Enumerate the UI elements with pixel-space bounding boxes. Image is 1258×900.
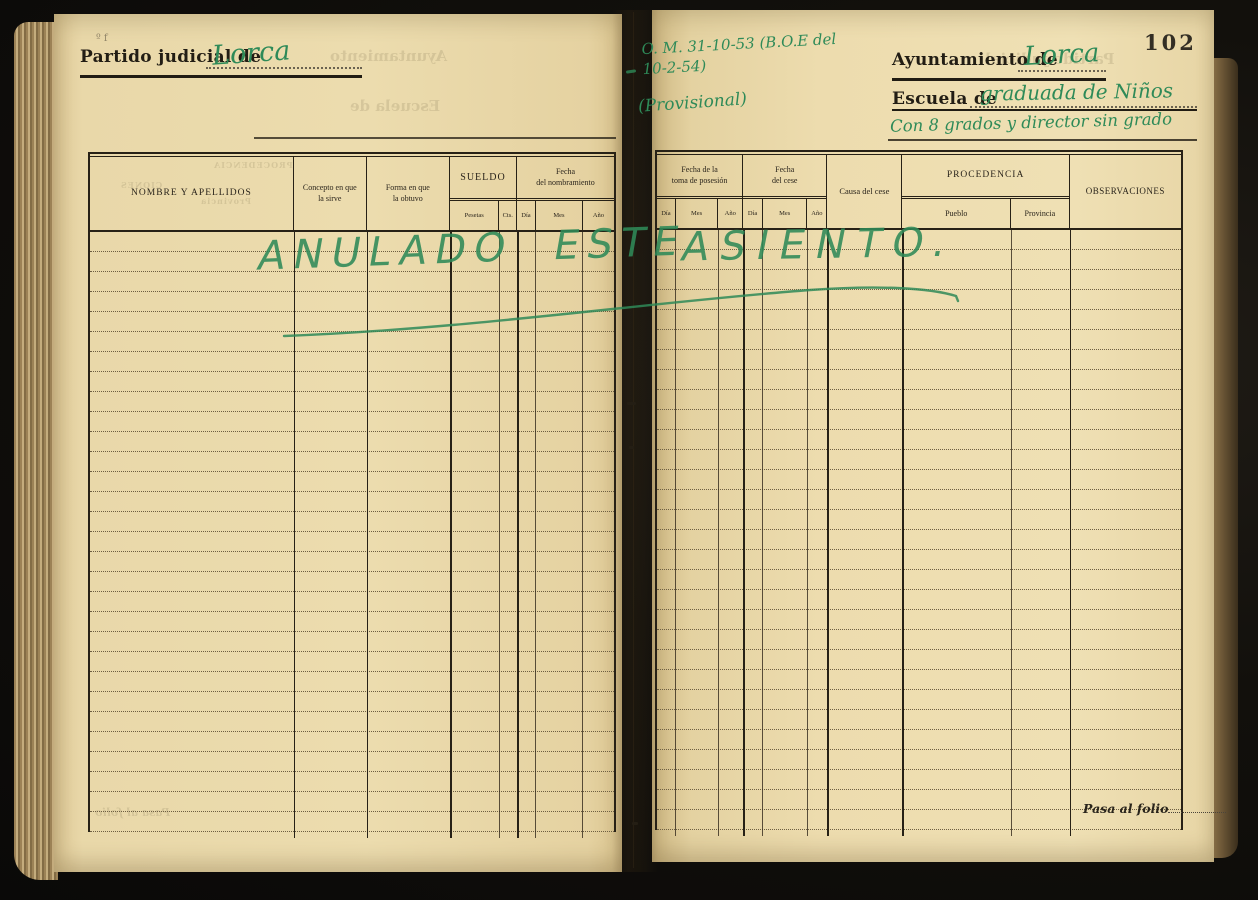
table-row [657, 270, 1181, 290]
table-row [657, 690, 1181, 710]
column-header-concepto: Concepto en que la sirve [294, 157, 367, 230]
table-row [657, 490, 1181, 510]
column-divider [535, 232, 536, 838]
table-row [657, 450, 1181, 470]
table-row [657, 630, 1181, 650]
column-header-forma: Forma en que la obtuvo [367, 157, 450, 230]
table-row [657, 290, 1181, 310]
table-row [657, 390, 1181, 410]
table-row [657, 550, 1181, 570]
table-row [657, 710, 1181, 730]
column-header-nombre: NOMBRE Y APELLIDOS [90, 157, 294, 230]
left-table-header: NOMBRE Y APELLIDOS Concepto en que la si… [90, 156, 614, 232]
partido-underline [80, 75, 362, 78]
column-divider [902, 230, 904, 836]
table-row [657, 770, 1181, 790]
column-divider [807, 230, 808, 836]
column-divider [450, 232, 452, 838]
table-row [657, 470, 1181, 490]
bleedthrough-text: Escuela de [350, 97, 440, 115]
table-row [657, 570, 1181, 590]
table-row [657, 530, 1181, 550]
table-row [657, 750, 1181, 770]
binding-stitch [632, 822, 638, 825]
left-secondary-rule [254, 137, 616, 139]
column-divider [1070, 230, 1072, 836]
column-divider [827, 230, 829, 836]
table-row [657, 650, 1181, 670]
escuela-note-rule [888, 139, 1197, 141]
column-header-causa-cese: Causa del cese [827, 155, 902, 228]
ayuntamiento-value: Lorca [1023, 38, 1100, 72]
table-row [657, 310, 1181, 330]
table-row [657, 590, 1181, 610]
bleedthrough-text: Ayuntamiento [330, 47, 447, 65]
right-table-header: Fecha de la toma de posesión Día Mes Año… [657, 154, 1181, 230]
column-header-fecha-nombramiento: Fecha del nombramiento Día Mes Año [517, 157, 614, 230]
table-row [657, 410, 1181, 430]
cancellation-note-right: ASIENTO. [678, 220, 962, 271]
page-number: 102 [1144, 30, 1197, 55]
column-divider [1011, 230, 1012, 836]
table-row [657, 350, 1181, 370]
column-divider [762, 230, 763, 836]
partido-judicial-value: Lorca [211, 35, 291, 71]
column-divider [718, 230, 719, 836]
binding-stitch [629, 446, 634, 449]
column-divider [517, 232, 519, 838]
page-edge-stack-left [14, 22, 58, 880]
column-header-provincia: Provincia [1010, 199, 1069, 228]
scanned-ledger-spread: Ayuntamiento Escuela de PROCEDENCIA CION… [0, 0, 1258, 900]
pasa-al-folio: Pasa al folio [1083, 801, 1226, 816]
table-row [657, 370, 1181, 390]
table-row [657, 330, 1181, 350]
column-header-procedencia: PROCEDENCIA Pueblo Provincia [902, 155, 1069, 228]
column-header-observaciones: OBSERVACIONES [1070, 155, 1181, 228]
gutter-crease [633, 12, 634, 868]
corner-marks: º f [96, 33, 108, 44]
right-table-body [657, 230, 1181, 830]
page-edge-stack-right [1212, 58, 1238, 858]
binding-stitch [627, 402, 636, 405]
table-row [657, 670, 1181, 690]
column-divider [582, 232, 583, 838]
page-gutter [612, 10, 658, 872]
table-row [657, 730, 1181, 750]
column-divider [743, 230, 745, 836]
column-divider [675, 230, 676, 836]
table-row [657, 610, 1181, 630]
column-header-toma-posesion: Fecha de la toma de posesión Día Mes Año [657, 155, 743, 228]
escuela-value-line [970, 106, 1197, 108]
table-row [657, 430, 1181, 450]
column-divider [294, 232, 296, 838]
column-header-sueldo: SUELDO Pesetas Cts. [450, 157, 517, 230]
left-table-body [90, 232, 614, 832]
column-header-fecha-cese: Fecha del cese Día Mes Año [743, 155, 827, 228]
escuela-value: graduada de Niños [980, 78, 1173, 105]
folio-blank-line [1168, 802, 1226, 813]
column-divider [499, 232, 500, 838]
column-divider [367, 232, 369, 838]
pasa-al-folio-label: Pasa al folio [1083, 801, 1168, 816]
table-row [657, 510, 1181, 530]
